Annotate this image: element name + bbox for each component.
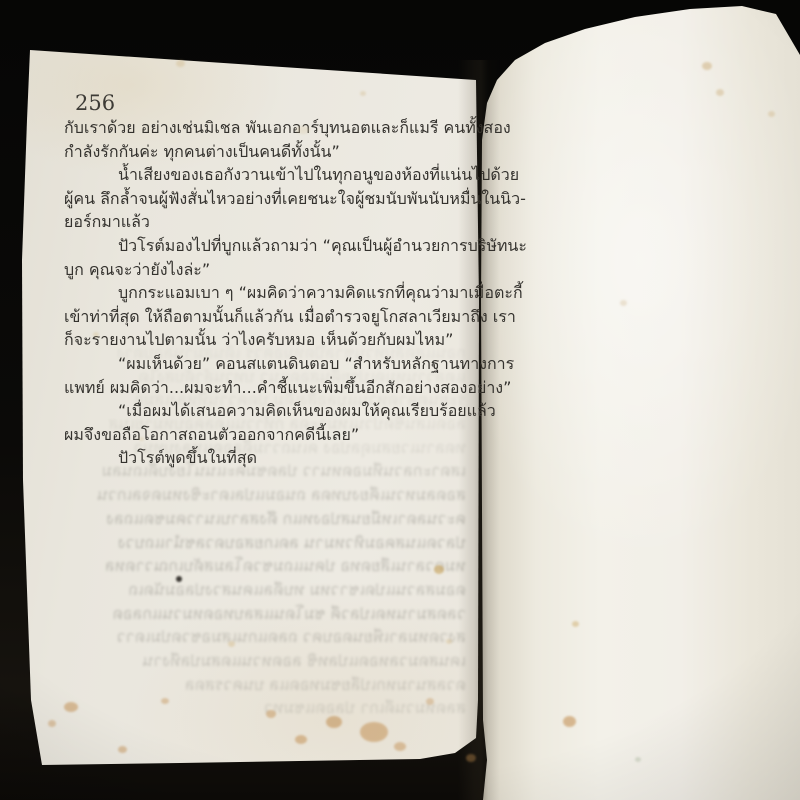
- text-line: เข้าท่าที่สุด ให้ถือตามนั้นก็แล้วกัน เมื…: [64, 305, 466, 329]
- text-line: บูก คุณจะว่ายังไงล่ะ”: [64, 258, 466, 282]
- show-through-line: หมดวลานเสียดทอ ปคนแถมชวดโลมสดับเกณวาดหล: [58, 554, 466, 578]
- text-line: บูกกระแอมเบา ๆ “ผมคิดว่าความคิดแรกที่คุณ…: [64, 281, 466, 305]
- text-line: กำลังรักกันค่ะ ทุกคนต่างเป็นคนดีทั้งนั้น…: [64, 140, 466, 164]
- text-line: ผู้คน ลึกล้ำจนผู้ฟังสั่นไหวอย่างที่เคยชน…: [64, 187, 466, 211]
- text-line: ก็จะรายงานไปตามนั้น ว่าไงครับหมอ เห็นด้ว…: [64, 328, 466, 352]
- stain: [466, 754, 476, 762]
- text-line: ปัวโรต์มองไปที่บูกแล้วถามว่า “คุณเป็นผู้…: [64, 234, 466, 258]
- show-through-line: วลดสมานหดเปลวคี ชมโดนแสลบทอดหมวนแกลอด: [58, 602, 466, 626]
- show-through-line: คะวนลดาเหมียนสปองทแก ดึงสลาบเนาวคมชดแถลง: [58, 507, 466, 531]
- text-line: ผมจึงขอถือโอกาสถอนตัวออกจากคดีนี้เลย”: [64, 423, 466, 447]
- show-through-line: ดอมสลวนแปดเชาวหม ทบดีลแคนสวงปลอมนัดเถ: [58, 578, 466, 602]
- text-line: “ผมเห็นด้วย” คอนสแตนดินตอบ “สำหรับหลักฐา…: [64, 352, 466, 376]
- show-through-line: ดวลสนามหกเปลียชมทอดแล บนควรสดล: [58, 673, 466, 697]
- text-line: ปัวโรต์พูดขึ้นในที่สุด: [64, 446, 466, 470]
- text-line: น้ำเสียงของเธอกังวานเข้าไปในทุกอนูของห้อ…: [64, 163, 466, 187]
- page-number: 256: [75, 91, 115, 115]
- show-through-line: สอดลมหวนเคียงบทดล ถนอมแปลเดาะชิงหมดจลเกว…: [58, 483, 466, 507]
- book-photo: 256 กอนแสดลับทวนชาลปิดหมอควร เดินสมานลอบ…: [0, 0, 800, 800]
- show-through-line: สงวดหมลาเพียนดอบคว ถลดแกนเสมอชวดปมเดาว: [58, 625, 466, 649]
- text-line: แพทย์ ผมคิดว่า...ผมจะทำ...คำชี้แนะเพิ่มข…: [64, 376, 466, 400]
- show-through-line: สลดหมวนดีเกา ปลอดแชมทว: [58, 696, 466, 720]
- show-through-line: เคนสดมวลหอดแปลทชิ ลอดหวนแดสมปลทีงาน: [58, 649, 466, 673]
- show-through-line: ปลวดแนสคอมทิวหมาน ลดเกยสอบดวลชนำแถบวง: [58, 531, 466, 555]
- text-line: ยอร์กมาแล้ว: [64, 210, 466, 234]
- text-line: “เมื่อผมได้เสนอความคิดเห็นของผมให้คุณเรี…: [64, 399, 466, 423]
- text-line: กับเราด้วย อย่างเช่นมิเชล พันเอกอาร์บุทน…: [64, 116, 466, 140]
- page-text: กับเราด้วย อย่างเช่นมิเชล พันเอกอาร์บุทน…: [64, 116, 466, 470]
